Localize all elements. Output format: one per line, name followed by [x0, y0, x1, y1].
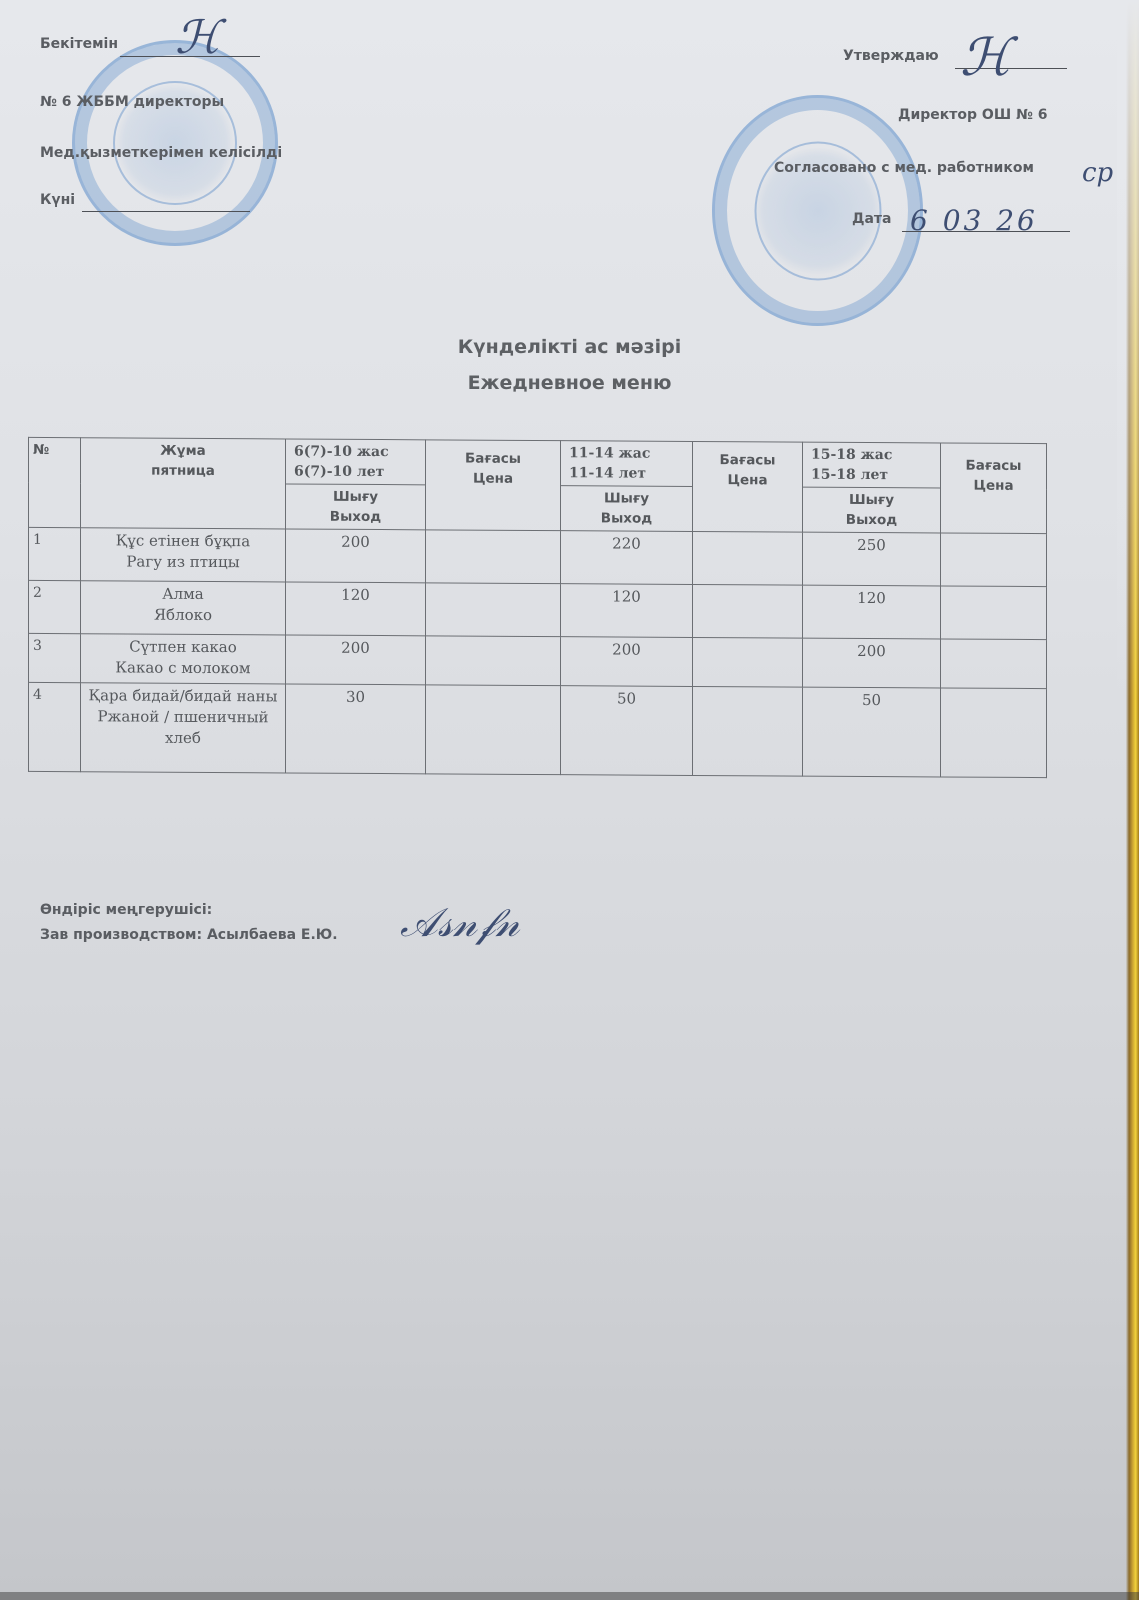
price-kz: Бағасы: [945, 455, 1042, 476]
header-age-group-3: 15-18 жас 15-18 лет: [803, 442, 941, 488]
title-russian: Ежедневное меню: [0, 372, 1139, 394]
dish-name-ru: Рагу из птицы: [85, 551, 281, 573]
dish-name-kz: Қара бидай/бидай наны: [85, 685, 281, 707]
header-price-2: Бағасы Цена: [693, 441, 803, 532]
output-kz: Шығу: [807, 490, 936, 511]
output-value-2: 200: [561, 637, 693, 687]
dish-name-kz: Құс етінен бұқпа: [85, 530, 281, 552]
handwritten-date: 6 03 26: [910, 204, 1038, 237]
title-kazakh: Күнделікті ас мәзірі: [0, 336, 1139, 358]
header-price-1: Бағасы Цена: [426, 440, 561, 531]
header-day: Жұма пятница: [81, 438, 286, 529]
approval-left-line4: Күні: [40, 192, 75, 208]
director-signature-right: ℋ: [960, 28, 1011, 88]
price-value-1: [426, 530, 561, 584]
menu-table: № Жұма пятница 6(7)-10 жас 6(7)-10 лет Б…: [28, 437, 1047, 778]
header-output-2: ШығуВыход: [561, 486, 693, 532]
output-ru: Выход: [807, 510, 936, 531]
table-row: 1 Құс етінен бұқпаРагу из птицы 200 220 …: [29, 527, 1047, 586]
official-stamp-left: [72, 40, 278, 246]
table-row: 2 АлмаЯблоко 120 120 120: [29, 580, 1047, 639]
header-day-ru: пятница: [85, 460, 281, 481]
age-group-2-ru: 11-14 лет: [569, 463, 688, 484]
output-value-1: 120: [286, 582, 426, 636]
dish-name-ru: Ржаной / пшеничный хлеб: [85, 706, 281, 749]
row-number: 3: [29, 633, 81, 682]
price-value-3: [941, 533, 1047, 587]
output-value-2: 120: [561, 584, 693, 638]
dish-name: АлмаЯблоко: [81, 581, 286, 635]
header-output-3: ШығуВыход: [803, 487, 941, 533]
dish-name-ru: Какао с молоком: [85, 657, 281, 679]
header-age-group-2: 11-14 жас 11-14 лет: [561, 441, 693, 487]
table-row: 4 Қара бидай/бидай наныРжаной / пшеничны…: [29, 682, 1047, 777]
output-ru: Выход: [565, 508, 688, 529]
age-group-2-kz: 11-14 жас: [569, 443, 688, 464]
price-ru: Цена: [697, 470, 798, 491]
approval-left-line1: Бекітемін: [40, 36, 118, 52]
age-group-3-ru: 15-18 лет: [811, 465, 936, 486]
price-value-3: [941, 639, 1047, 689]
frame-bottom-edge: [0, 1592, 1139, 1600]
production-manager-signature: 𝒜𝓈𝓃𝒻𝓃: [400, 900, 520, 946]
header-number: №: [29, 437, 81, 527]
price-value-1: [426, 583, 561, 637]
price-ru: Цена: [430, 468, 556, 489]
age-group-1-kz: 6(7)-10 жас: [294, 442, 421, 463]
output-value-2: 220: [561, 531, 693, 585]
approval-left-line2: № 6 ЖББМ директоры: [40, 94, 224, 110]
price-ru: Цена: [945, 475, 1042, 496]
output-value-3: 250: [803, 532, 941, 586]
dish-name: Сүтпен какаоКакао с молоком: [81, 634, 286, 684]
output-value-1: 200: [286, 529, 426, 583]
price-value-3: [941, 586, 1047, 640]
approval-right-line3: Согласовано с мед. работником: [774, 160, 1034, 176]
date-line-left: [82, 211, 250, 212]
price-value-2: [693, 584, 803, 638]
output-value-3: 200: [803, 638, 941, 688]
row-number: 4: [29, 682, 81, 771]
output-value-2: 50: [561, 686, 693, 776]
dish-name-kz: Алма: [85, 583, 281, 605]
medic-initials: ср: [1082, 158, 1113, 188]
header-day-kz: Жұма: [85, 440, 281, 461]
approval-right-line1: Утверждаю: [843, 48, 939, 64]
output-kz: Шығу: [290, 486, 421, 507]
age-group-1-ru: 6(7)-10 лет: [294, 462, 421, 483]
output-value-3: 50: [803, 687, 941, 777]
header-age-group-1: 6(7)-10 жас 6(7)-10 лет: [286, 439, 426, 485]
dish-name: Қара бидай/бидай наныРжаной / пшеничный …: [81, 683, 286, 773]
header-output-1: ШығуВыход: [286, 484, 426, 530]
dish-name: Құс етінен бұқпаРагу из птицы: [81, 528, 286, 582]
price-value-3: [941, 688, 1047, 778]
director-signature-left: ℋ: [175, 10, 220, 64]
output-kz: Шығу: [565, 488, 688, 509]
row-number: 2: [29, 580, 81, 633]
table-row: 3 Сүтпен какаоКакао с молоком 200 200 20…: [29, 633, 1047, 688]
output-value-1: 30: [286, 684, 426, 774]
header-price-3: Бағасы Цена: [941, 443, 1047, 534]
price-value-2: [693, 637, 803, 687]
dish-name-ru: Яблоко: [85, 604, 281, 626]
price-value-1: [426, 636, 561, 686]
approval-right-line4: Дата: [852, 211, 891, 227]
output-value-1: 200: [286, 635, 426, 685]
price-value-1: [426, 685, 561, 775]
footer-line-kz: Өндіріс меңгерушісі:: [40, 902, 212, 918]
output-value-3: 120: [803, 585, 941, 639]
table-header-row: № Жұма пятница 6(7)-10 жас 6(7)-10 лет Б…: [29, 437, 1047, 488]
age-group-3-kz: 15-18 жас: [811, 445, 936, 466]
approval-left-line3: Мед.қызметкерімен келісілді: [40, 145, 282, 161]
approval-right-line2: Директор ОШ № 6: [898, 107, 1047, 123]
price-value-2: [693, 686, 803, 776]
row-number: 1: [29, 527, 81, 580]
price-value-2: [693, 531, 803, 585]
output-ru: Выход: [290, 506, 421, 527]
price-kz: Бағасы: [697, 450, 798, 471]
footer-line-ru: Зав производством: Асылбаева Е.Ю.: [40, 927, 338, 943]
dish-name-kz: Сүтпен какао: [85, 636, 281, 658]
price-kz: Бағасы: [430, 448, 556, 469]
